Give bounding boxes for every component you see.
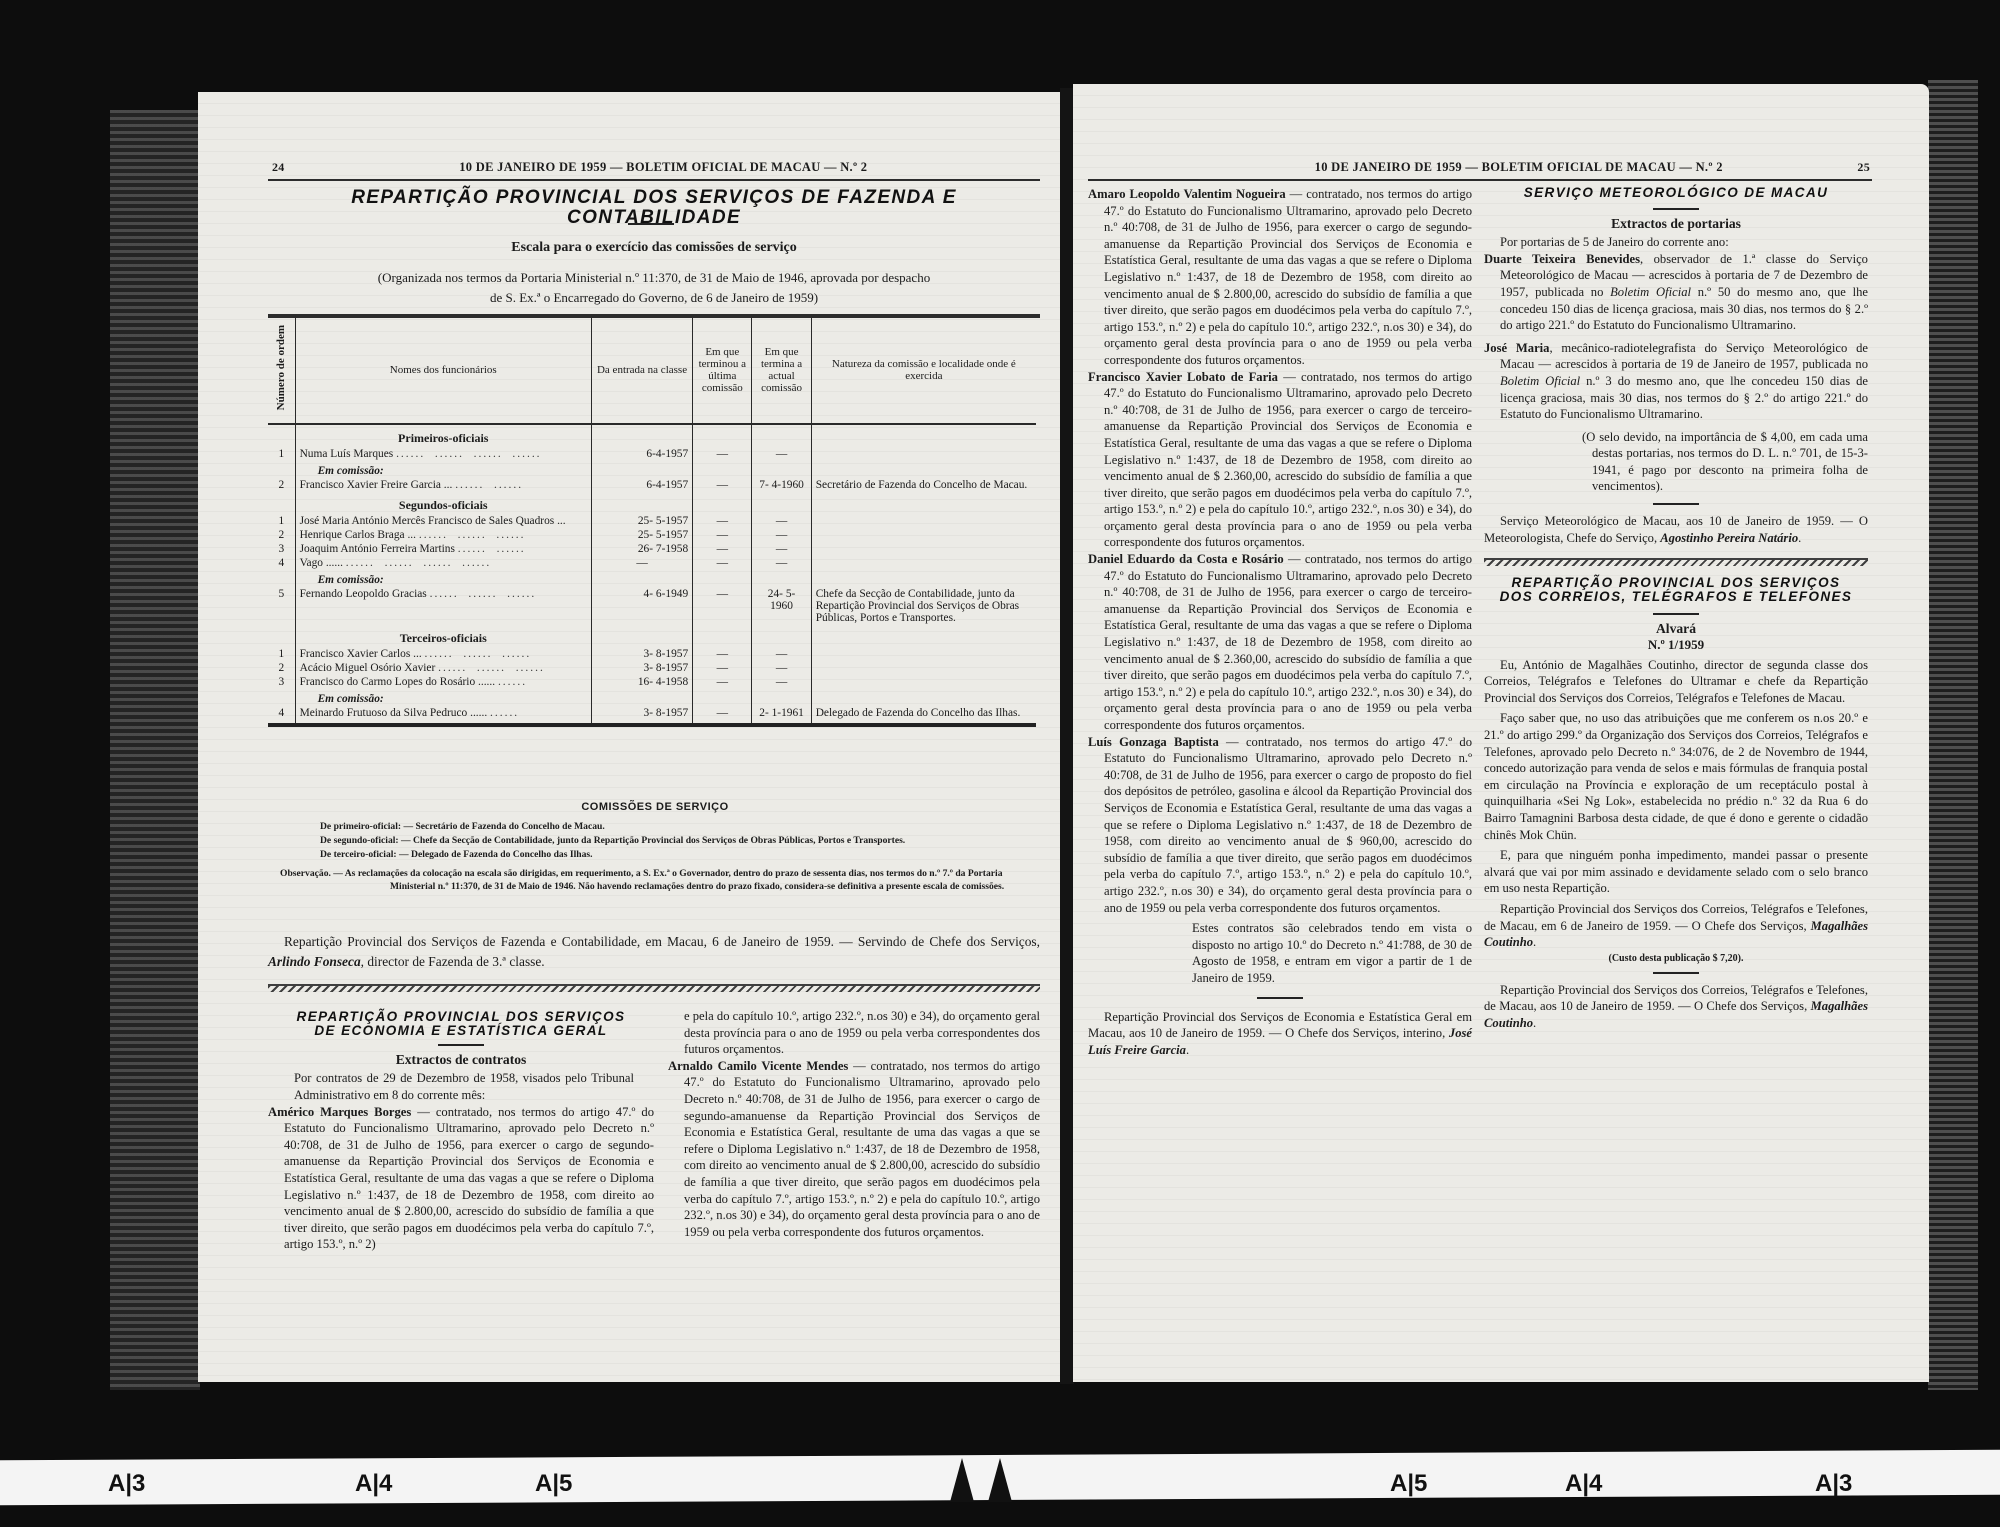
col-header-current: Em que termina a actual comissão <box>752 316 811 424</box>
table-row: 1 José Maria António Mercês Francisco de… <box>268 514 1036 528</box>
film-frame-mark: A|3 <box>1815 1470 1852 1498</box>
alvara-para-1: Eu, António de Magalhães Coutinho, direc… <box>1484 657 1868 707</box>
col-header-last: Em que terminou a última comissão <box>693 316 752 424</box>
group-row: Segundos-oficiais <box>268 492 1036 514</box>
film-frame-mark: A|5 <box>1390 1470 1427 1498</box>
contract-entry-3: Amaro Leopoldo Valentim Nogueira — contr… <box>1088 186 1472 369</box>
economia-column-1: REPARTIÇÃO PROVINCIAL DOS SERVIÇOS DE EC… <box>268 1010 654 1253</box>
publication-cost: (Custo desta publicação $ 7,20). <box>1484 953 1868 964</box>
commission-scale-table: Número de ordem Nomes dos funcionários D… <box>268 316 1036 727</box>
alvara-para-3: E, para que ninguém ponha impedimento, m… <box>1484 847 1868 897</box>
contract-entry-1-cont: e pela do capítulo 10.º, artigo 232.º, n… <box>668 1008 1040 1058</box>
col-header-nature: Natureza da comissão e localidade onde é… <box>811 316 1036 424</box>
running-title-left: 10 DE JANEIRO DE 1959 — BOLETIM OFICIAL … <box>285 160 1042 175</box>
selo-note: (O selo devido, na importância de $ 4,00… <box>1484 429 1868 495</box>
economia-closing: Repartição Provincial dos Serviços de Ec… <box>1088 1009 1472 1059</box>
heading-divider <box>438 1044 484 1046</box>
table-row: 3 Francisco do Carmo Lopes do Rosário ..… <box>268 675 1036 689</box>
group-row: Primeiros-oficiais <box>268 424 1036 447</box>
signature: Agostinho Pereira Natário <box>1660 531 1798 545</box>
film-frame-mark: A|5 <box>535 1470 572 1498</box>
table-row: 2 Henrique Carlos Braga ... ...... .....… <box>268 528 1036 542</box>
table-row: 4 Meinardo Frutuoso da Silva Pedruco ...… <box>268 706 1036 725</box>
section-heading-economia: REPARTIÇÃO PROVINCIAL DOS SERVIÇOS DE EC… <box>268 1010 654 1038</box>
comissoes-de-servico: COMISSÕES DE SERVIÇO De primeiro-oficial… <box>270 800 1040 893</box>
alvara-title: Alvará <box>1484 621 1868 637</box>
film-frame-mark: A|4 <box>355 1470 392 1498</box>
section-heading-fazenda: REPARTIÇÃO PROVINCIAL DOS SERVIÇOS DE FA… <box>262 188 1046 228</box>
heading-divider <box>1653 613 1699 615</box>
film-frame-mark: A|4 <box>1565 1470 1602 1498</box>
page-number-left: 24 <box>272 160 285 175</box>
page-gutter <box>1060 88 1074 1384</box>
table-row: 4 Vago ...... ...... ...... ...... .....… <box>268 556 1036 570</box>
contracts-note: Estes contratos são celebrados tendo em … <box>1088 920 1472 986</box>
col-header-entry: Da entrada na classe <box>591 316 692 424</box>
right-running-head: 10 DE JANEIRO DE 1959 — BOLETIM OFICIAL … <box>1090 160 1870 175</box>
section-heading-meteorologico: SERVIÇO METEOROLÓGICO DE MACAU <box>1484 186 1868 200</box>
film-edge-right <box>1928 80 1978 1390</box>
portaria-entry-2: José Maria, mecânico-radiotelegrafista d… <box>1484 340 1868 423</box>
em-comissao-label: Em comissão: <box>268 689 1036 706</box>
divider <box>1653 972 1699 974</box>
scale-subtitle-line1: (Organizada nos termos da Portaria Minis… <box>268 268 1040 288</box>
extractos-contratos-title: Extractos de contratos <box>268 1052 654 1068</box>
scale-subtitle: (Organizada nos termos da Portaria Minis… <box>268 268 1040 308</box>
film-edge-left <box>110 110 200 1390</box>
contract-entry-5: Daniel Eduardo da Costa e Rosário — cont… <box>1088 551 1472 734</box>
group-row: Terceiros-oficiais <box>268 625 1036 647</box>
extractos-portarias-title: Extractos de portarias <box>1484 216 1868 232</box>
em-comissao-label: Em comissão: <box>268 461 1036 478</box>
left-running-head: 24 10 DE JANEIRO DE 1959 — BOLETIM OFICI… <box>272 160 1042 175</box>
contract-entry-4: Francisco Xavier Lobato de Faria — contr… <box>1088 369 1472 552</box>
table-row: 1 Francisco Xavier Carlos ... ...... ...… <box>268 647 1036 661</box>
observacao-note: Observação. — As reclamações da colocaçã… <box>270 867 1040 893</box>
table-header-row: Número de ordem Nomes dos funcionários D… <box>268 316 1036 424</box>
comissoes-title: COMISSÕES DE SERVIÇO <box>270 800 1040 814</box>
divider <box>1257 997 1303 999</box>
film-frame-mark: A|3 <box>108 1470 145 1498</box>
economia-column-2: e pela do capítulo 10.º, artigo 232.º, n… <box>668 1008 1040 1240</box>
economia-column-3: Amaro Leopoldo Valentim Nogueira — contr… <box>1088 186 1472 1058</box>
comissao-primeiro: De primeiro-oficial: — Secretário de Faz… <box>270 820 1040 834</box>
contracts-intro: Por contratos de 29 de Dezembro de 1958,… <box>268 1070 654 1103</box>
table-row: 1 Numa Luís Marques ...... ...... ......… <box>268 447 1036 461</box>
table-row: 2 Acácio Miguel Osório Xavier ...... ...… <box>268 661 1036 675</box>
alvara-para-2: Faço saber que, no uso das atribuições q… <box>1484 710 1868 843</box>
col-header-order: Número de ordem <box>268 316 295 424</box>
em-comissao-label: Em comissão: <box>268 570 1036 587</box>
divider <box>1653 503 1699 505</box>
meteorologico-closing: Serviço Meteorológico de Macau, aos 10 d… <box>1484 513 1868 546</box>
film-notch-left <box>950 1458 974 1502</box>
table-row: 3 Joaquim António Ferreira Martins .....… <box>268 542 1036 556</box>
portarias-intro: Por portarias de 5 de Janeiro do corrent… <box>1484 234 1868 251</box>
alvara-number: N.º 1/1959 <box>1484 637 1868 653</box>
comissao-terceiro: De terceiro-oficial: — Delegado de Fazen… <box>270 848 1040 862</box>
film-notch-right <box>988 1458 1012 1502</box>
section-divider <box>1484 558 1868 566</box>
portaria-entry-1: Duarte Teixeira Benevides, observador de… <box>1484 251 1868 334</box>
section-divider <box>268 984 1040 992</box>
col-header-names: Nomes dos funcionários <box>295 316 591 424</box>
meteorologico-column: SERVIÇO METEOROLÓGICO DE MACAU Extractos… <box>1484 186 1868 1031</box>
heading-divider <box>1653 208 1699 210</box>
contract-entry-1: Américo Marques Borges — contratado, nos… <box>268 1104 654 1253</box>
page-number-right: 25 <box>1857 160 1870 175</box>
header-rule-right <box>1088 179 1872 181</box>
running-title-right: 10 DE JANEIRO DE 1959 — BOLETIM OFICIAL … <box>1090 160 1857 175</box>
correios-closing-1: Repartição Provincial dos Serviços dos C… <box>1484 901 1868 951</box>
table-row: 2 Francisco Xavier Freire Garcia ... ...… <box>268 478 1036 492</box>
section-heading-correios: REPARTIÇÃO PROVINCIAL DOS SERVIÇOS DOS C… <box>1484 576 1868 604</box>
correios-closing-2: Repartição Provincial dos Serviços dos C… <box>1484 982 1868 1032</box>
header-rule-left <box>268 179 1040 181</box>
fazenda-closing: Repartição Provincial dos Serviços de Fa… <box>268 932 1040 972</box>
signature: Arlindo Fonseca <box>268 954 361 969</box>
comissao-segundo: De segundo-oficial: — Chefe da Secção de… <box>270 834 1040 848</box>
heading-divider <box>628 223 674 225</box>
contract-entry-2: Arnaldo Camilo Vicente Mendes — contrata… <box>668 1058 1040 1241</box>
scale-title: Escala para o exercício das comissões de… <box>268 240 1040 256</box>
scale-subtitle-line2: de S. Ex.ª o Encarregado do Governo, de … <box>268 288 1040 308</box>
contract-entry-6: Luís Gonzaga Baptista — contratado, nos … <box>1088 734 1472 917</box>
table-row: 5 Fernando Leopoldo Gracias ...... .....… <box>268 587 1036 625</box>
